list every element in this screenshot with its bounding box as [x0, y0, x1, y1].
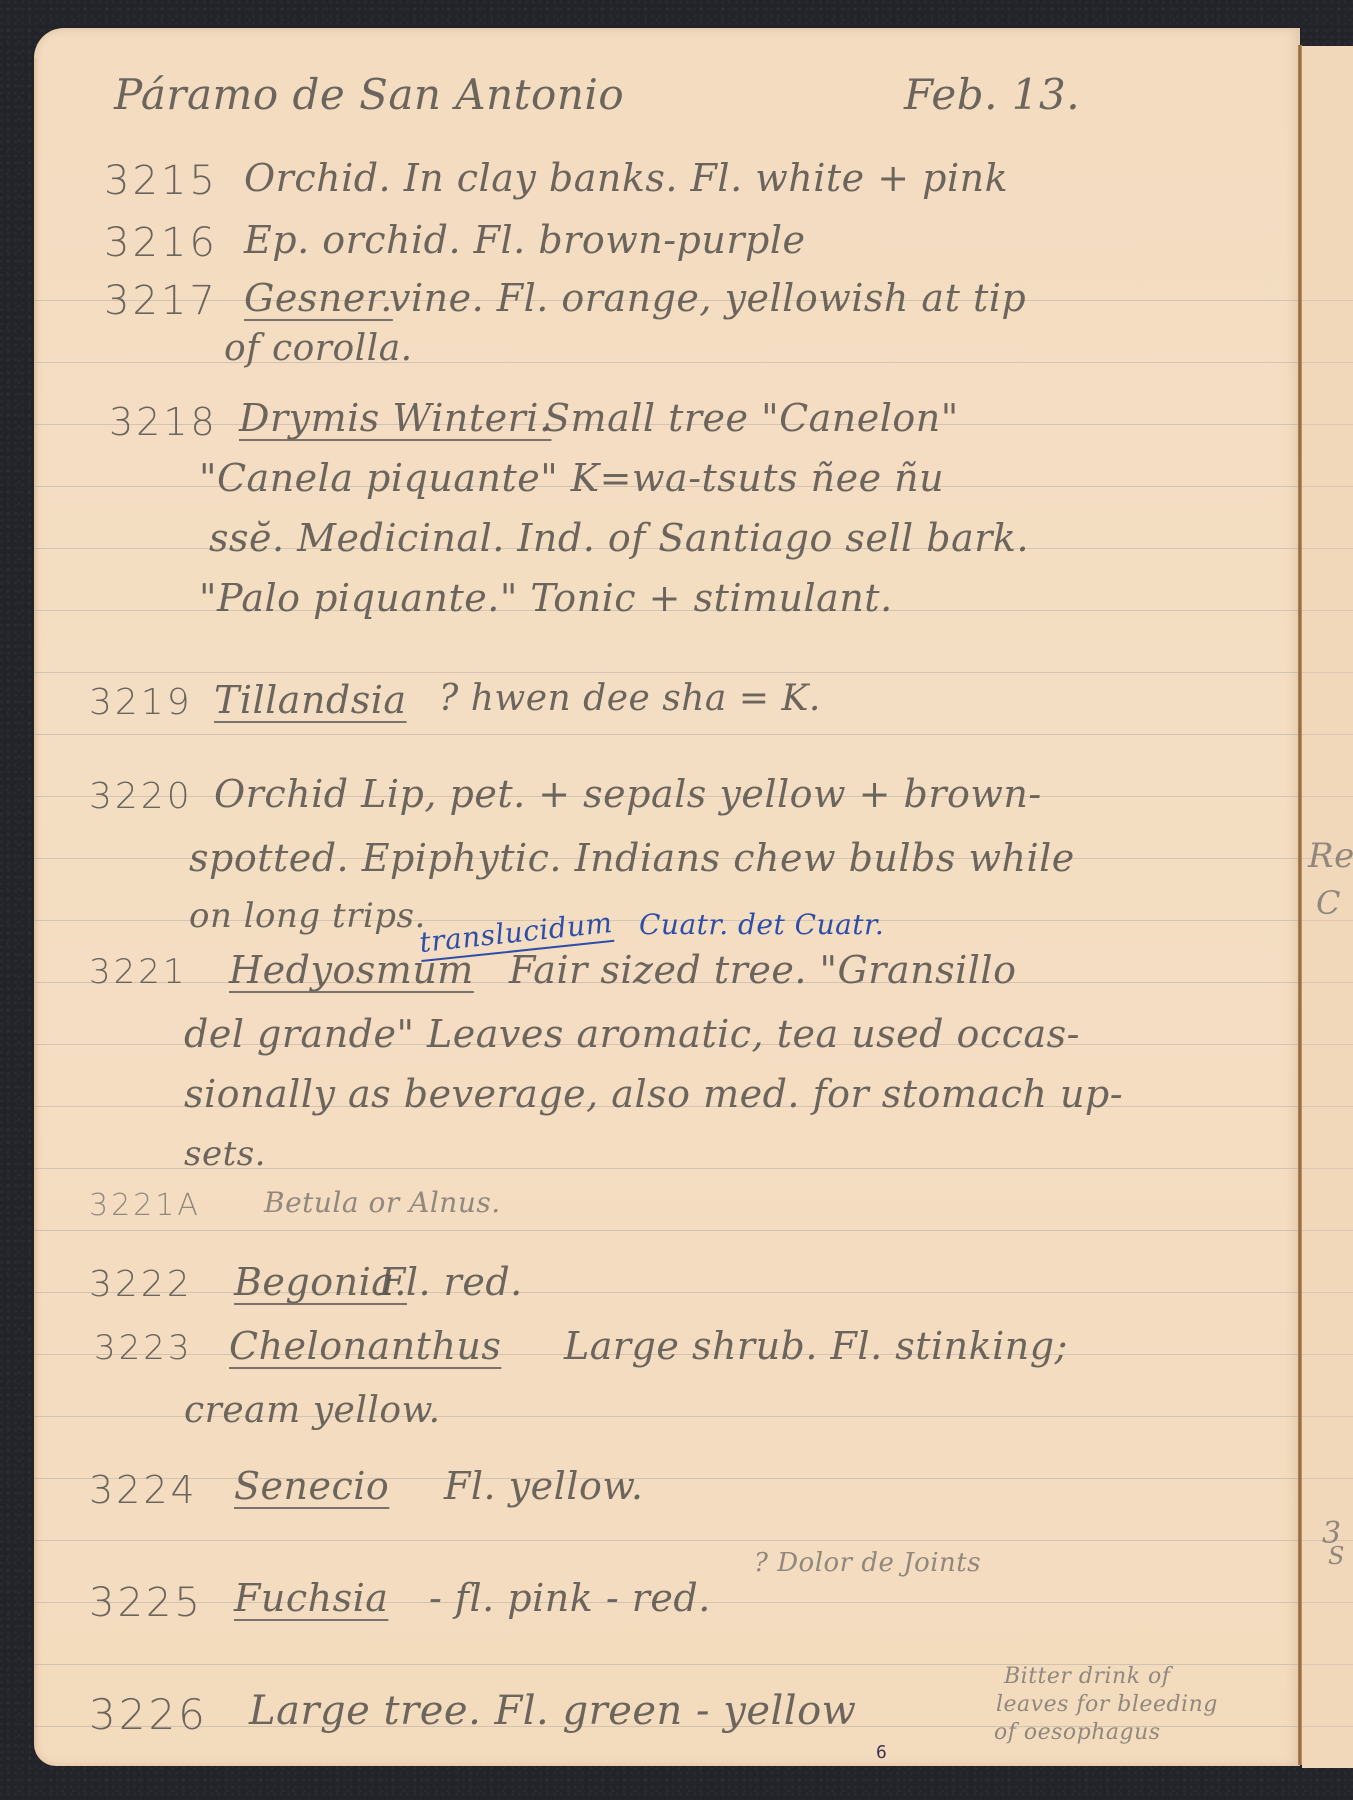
ruled-line — [1302, 982, 1353, 983]
entry-number-3220: 3220 — [89, 776, 193, 817]
ruled-line — [1302, 1726, 1353, 1727]
entry-text-3221-line3: sionally as beverage, also med. for stom… — [184, 1072, 1123, 1116]
page-edge — [34, 58, 38, 1746]
ruled-line — [1302, 1416, 1353, 1417]
ruled-line — [34, 1540, 1300, 1541]
taxon-name-3223: Chelonanthus — [229, 1324, 501, 1368]
taxon-name-3218: Drymis Winteri. — [239, 396, 552, 440]
margin-note-3226-line3: of oesophagus — [994, 1720, 1161, 1745]
entry-text-3223-line1: Large shrub. Fl. stinking; — [564, 1324, 1068, 1368]
header-location: Páramo de San Antonio — [114, 70, 624, 119]
entry-number-3222: 3222 — [89, 1264, 193, 1305]
ruled-line — [1302, 734, 1353, 735]
entry-text-3221-line1: Fair sized tree. "Gransillo — [509, 948, 1016, 992]
ruled-line — [1302, 1354, 1353, 1355]
taxon-name-3224: Senecio — [234, 1464, 389, 1508]
entry-number-3224: 3224 — [89, 1468, 198, 1512]
taxon-name-3225: Fuchsia — [234, 1576, 388, 1620]
taxon-name-3221: Hedyosmum — [229, 948, 474, 992]
ruled-line — [1302, 362, 1353, 363]
entry-text-3218-line4: "Palo piquante." Tonic + stimulant. — [199, 576, 893, 620]
ruled-line — [1302, 1044, 1353, 1045]
ruled-line — [1302, 672, 1353, 673]
ruled-line — [1302, 1602, 1353, 1603]
ruled-line — [1302, 486, 1353, 487]
entry-text-3220-line2: spotted. Epiphytic. Indians chew bulbs w… — [189, 836, 1075, 880]
entry-text-3226: Large tree. Fl. green - yellow — [249, 1688, 856, 1734]
margin-note-3226-line1: Bitter drink of — [1004, 1664, 1170, 1689]
entry-number-3218: 3218 — [109, 400, 218, 444]
entry-text-3222: Fl. red. — [379, 1260, 523, 1304]
entry-number-3215: 3215 — [104, 158, 218, 204]
entry-number-3221A: 3221A — [89, 1188, 201, 1223]
entry-text-3225: - fl. pink - red. — [429, 1576, 711, 1620]
ruled-line — [1302, 300, 1353, 301]
entry-number-3221: 3221 — [89, 952, 188, 992]
ruled-line — [1302, 424, 1353, 425]
entry-text-3216: Ep. orchid. Fl. brown-purple — [244, 218, 805, 262]
adjacent-page-edge: Re C 3 S — [1302, 46, 1353, 1768]
notebook-page: Páramo de San Antonio Feb. 13. 3215 Orch… — [34, 28, 1300, 1766]
taxon-name-3217: Gesner. — [244, 276, 393, 320]
margin-note-3225: ? Dolor de Joints — [754, 1548, 981, 1578]
ruled-line — [34, 1478, 1300, 1479]
margin-note-3226-line2: leaves for bleeding — [996, 1692, 1218, 1717]
ruled-line — [34, 734, 1300, 735]
entry-number-3216: 3216 — [104, 220, 218, 266]
ruled-line — [1302, 1478, 1353, 1479]
taxon-name-3219: Tillandsia — [214, 678, 407, 722]
entry-text-3217-line2: of corolla. — [224, 328, 413, 369]
entry-text-3224: Fl. yellow. — [444, 1464, 643, 1508]
annotation-det-cuatr: Cuatr. det Cuatr. — [639, 908, 884, 941]
ruled-line — [1302, 610, 1353, 611]
entry-text-3221A: Betula or Alnus. — [264, 1186, 501, 1219]
entry-text-3220-line1: Orchid Lip, pet. + sepals yellow + brown… — [214, 772, 1042, 816]
entry-text-3221-line4: sets. — [184, 1134, 266, 1174]
ruled-line — [1302, 1292, 1353, 1293]
entry-number-3217: 3217 — [104, 278, 218, 324]
ruled-line — [1302, 1168, 1353, 1169]
entry-text-3217-line1: vine. Fl. orange, yellowish at tip — [389, 276, 1026, 320]
next-page-fragment: S — [1328, 1542, 1345, 1570]
ruled-line — [1302, 1106, 1353, 1107]
ruled-line — [1302, 796, 1353, 797]
ruled-line — [1302, 548, 1353, 549]
entry-text-3219: ? hwen dee sha = K. — [439, 678, 821, 719]
entry-number-3226: 3226 — [89, 1690, 208, 1739]
ink-stamp-digit: 6 — [876, 1742, 887, 1763]
entry-text-3221-line2: del grande" Leaves aromatic, tea used oc… — [184, 1012, 1080, 1056]
entry-text-3218-line3: ssĕ. Medicinal. Ind. of Santiago sell ba… — [209, 516, 1029, 560]
ruled-line — [34, 1292, 1300, 1293]
entry-text-3215: Orchid. In clay banks. Fl. white + pink — [244, 156, 1008, 200]
header-date: Feb. 13. — [904, 70, 1080, 119]
ruled-line — [1302, 1664, 1353, 1665]
entry-number-3223: 3223 — [94, 1328, 193, 1368]
next-page-fragment: Re — [1308, 836, 1353, 876]
ruled-line — [34, 1230, 1300, 1231]
entry-number-3225: 3225 — [89, 1580, 203, 1626]
entry-text-3220-line3: on long trips. — [189, 896, 426, 936]
entry-text-3223-line2: cream yellow. — [184, 1390, 441, 1431]
entry-text-3218-line2: "Canela piquante" K=wa-tsuts ñee ñu — [199, 456, 944, 500]
entry-number-3219: 3219 — [89, 682, 193, 723]
ruled-line — [1302, 1230, 1353, 1231]
next-page-fragment: C — [1316, 884, 1341, 922]
entry-text-3218-line1: Small tree "Canelon" — [544, 396, 959, 440]
ruled-line — [34, 672, 1300, 673]
